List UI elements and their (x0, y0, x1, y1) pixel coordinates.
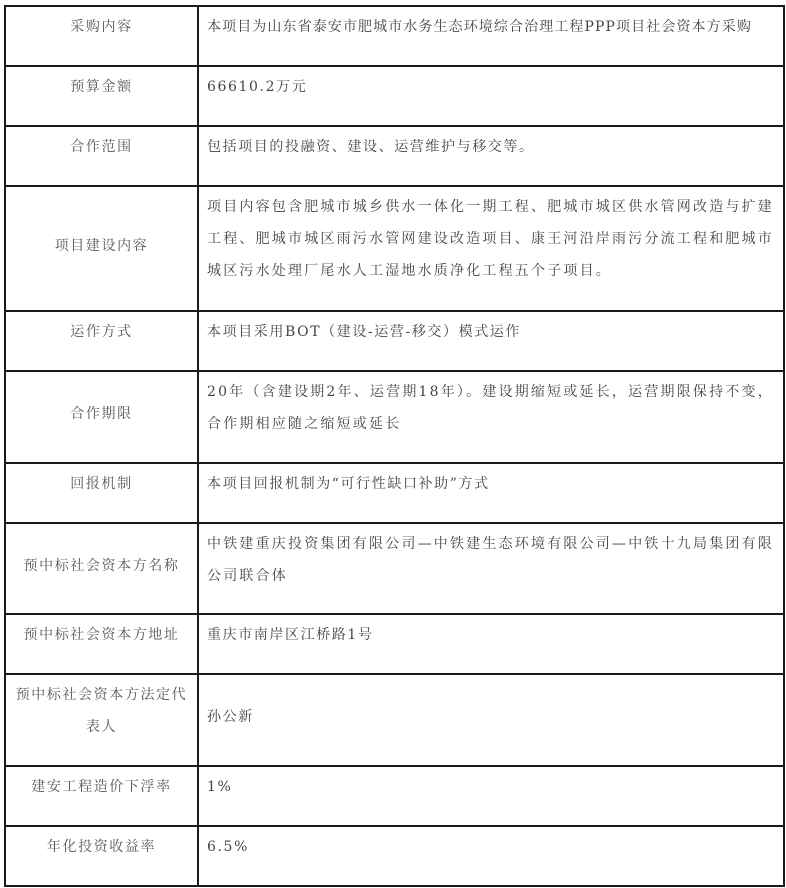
row-label: 预中标社会资本方法定代表人 (5, 674, 198, 766)
table-row: 年化投资收益率 6.5% (5, 826, 784, 886)
row-value: 中铁建重庆投资集团有限公司—中铁建生态环境有限公司—中铁十九局集团有限公司联合体 (198, 523, 784, 614)
row-value: 1% (198, 766, 784, 826)
row-value: 孙公新 (198, 674, 784, 766)
table-row: 预中标社会资本方法定代表人 孙公新 (5, 674, 784, 766)
procurement-info-table: 采购内容 本项目为山东省泰安市肥城市水务生态环境综合治理工程PPP项目社会资本方… (4, 5, 785, 887)
row-value: 重庆市南岸区江桥路1号 (198, 614, 784, 674)
table-row: 项目建设内容 项目内容包含肥城市城乡供水一体化一期工程、肥城市城区供水管网改造与… (5, 186, 784, 311)
row-label: 年化投资收益率 (5, 826, 198, 886)
row-label: 预中标社会资本方名称 (5, 523, 198, 614)
row-label: 建安工程造价下浮率 (5, 766, 198, 826)
row-value: 本项目采用BOT（建设-运营-移交）模式运作 (198, 311, 784, 371)
table-row: 建安工程造价下浮率 1% (5, 766, 784, 826)
row-value: 项目内容包含肥城市城乡供水一体化一期工程、肥城市城区供水管网改造与扩建工程、肥城… (198, 186, 784, 311)
row-label: 项目建设内容 (5, 186, 198, 311)
table-row: 回报机制 本项目回报机制为“可行性缺口补助”方式 (5, 463, 784, 523)
table-row: 预中标社会资本方名称 中铁建重庆投资集团有限公司—中铁建生态环境有限公司—中铁十… (5, 523, 784, 614)
row-value: 20年（含建设期2年、运营期18年）。建设期缩短或延长，运营期限保持不变，合作期… (198, 371, 784, 463)
row-value: 本项目回报机制为“可行性缺口补助”方式 (198, 463, 784, 523)
row-label: 合作期限 (5, 371, 198, 463)
row-label: 预算金额 (5, 66, 198, 126)
row-value: 66610.2万元 (198, 66, 784, 126)
row-value: 6.5% (198, 826, 784, 886)
table-row: 预中标社会资本方地址 重庆市南岸区江桥路1号 (5, 614, 784, 674)
row-label: 回报机制 (5, 463, 198, 523)
row-label: 合作范围 (5, 126, 198, 186)
table-row: 合作范围 包括项目的投融资、建设、运营维护与移交等。 (5, 126, 784, 186)
table-row: 合作期限 20年（含建设期2年、运营期18年）。建设期缩短或延长，运营期限保持不… (5, 371, 784, 463)
table-row: 采购内容 本项目为山东省泰安市肥城市水务生态环境综合治理工程PPP项目社会资本方… (5, 6, 784, 66)
table-row: 预算金额 66610.2万元 (5, 66, 784, 126)
row-label: 采购内容 (5, 6, 198, 66)
table-row: 运作方式 本项目采用BOT（建设-运营-移交）模式运作 (5, 311, 784, 371)
row-label: 运作方式 (5, 311, 198, 371)
row-label: 预中标社会资本方地址 (5, 614, 198, 674)
row-value: 本项目为山东省泰安市肥城市水务生态环境综合治理工程PPP项目社会资本方采购 (198, 6, 784, 66)
row-value: 包括项目的投融资、建设、运营维护与移交等。 (198, 126, 784, 186)
